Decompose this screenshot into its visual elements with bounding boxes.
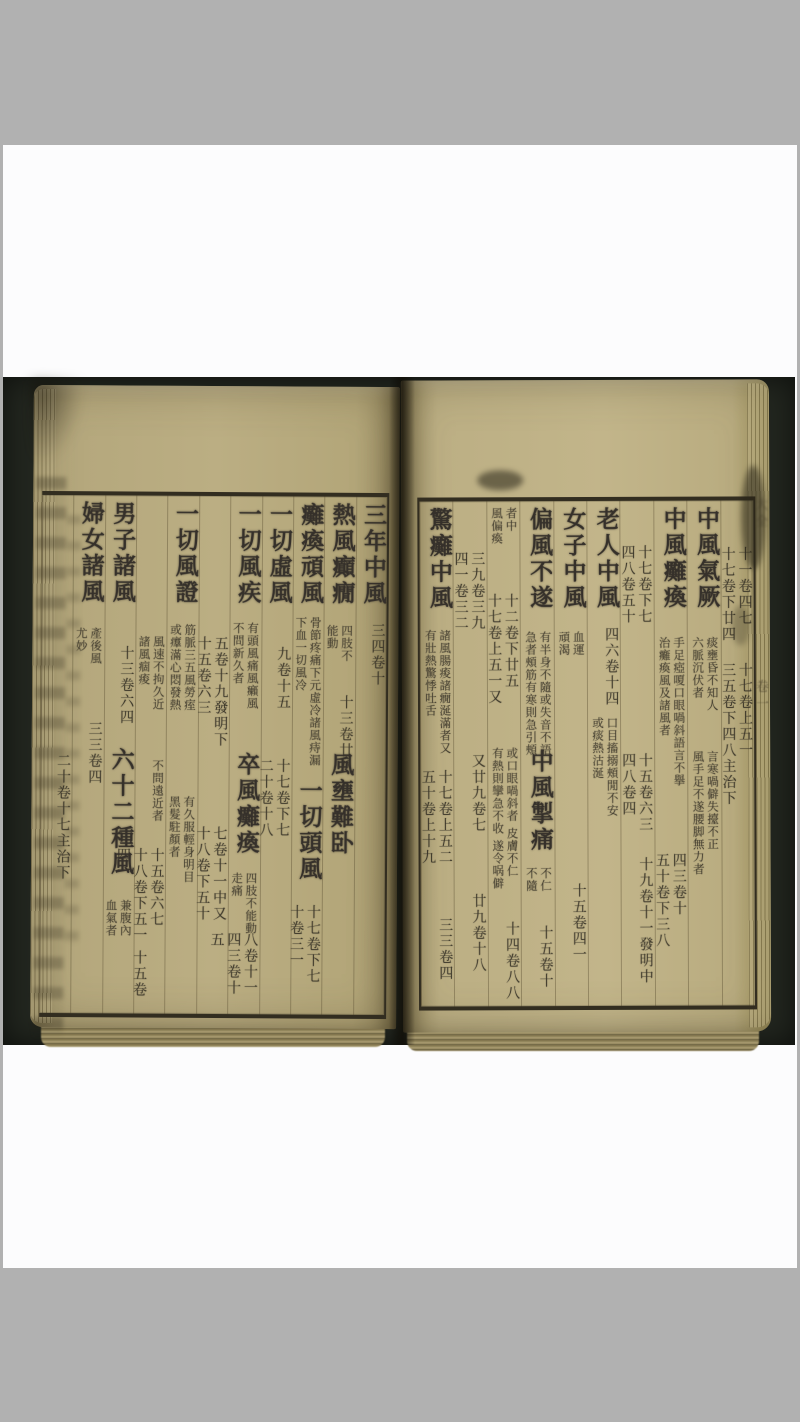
text-column: 中風氣厥痰壅昏不知人 六脈沉伏者言寒喎僻失擡不正 風手足不遂腰脚無力者: [686, 501, 721, 1006]
text-column: 驚癱中風諸風腸痠諸癇涎滿者又 有壯熱驚悸吐舌十七卷上五二 五十卷上十九三三卷四: [419, 501, 454, 1006]
entry-refs: 十七卷下七 十卷三一: [292, 904, 321, 1011]
entry-refs: 十五卷六七 十八卷下五一 十五卷四一: [135, 848, 164, 1011]
entry-refs: 三三卷四: [423, 917, 454, 1003]
text-column: 老人中風四六卷十四口目搐搦頰閒不安 或痰熱沽涎: [586, 501, 621, 1006]
text-column: 一切風疾有頭風痛風癩風 不問新久者卒風癱瘓四肢不能動 走痛八卷十一 四三卷十五: [227, 496, 262, 1014]
text-column: 婦女諸風產後風 尤妙三三卷四: [71, 495, 106, 1013]
right-page-scan: 十一卷四七 十七卷下廿四十七卷上五一 三五卷下四八主治下中風氣厥痰壅昏不知人 六…: [401, 379, 771, 1032]
text-column: 癱瘓頑風骨節疼痛下元虛冷諸風痔漏 下血一切風冷一切頭風十七卷下七 十卷三一: [290, 496, 325, 1014]
entry-refs: 四三卷十 五十卷下三八: [656, 853, 687, 1003]
text-column: 者中 風偏瘓十二卷下廿五 十七卷上五一又或口眼喎斜者 皮膚不仁 有熱則攣急不收 …: [486, 501, 521, 1006]
entry-note: 口目搐搦頰閒不安 或痰熱沽涎: [589, 717, 620, 1003]
right-page-frame: 十一卷四七 十七卷下廿四十七卷上五一 三五卷下四八主治下中風氣厥痰壅昏不知人 六…: [417, 496, 757, 1010]
screenshot-root: 三年中風三四卷十熱風癲癇四肢不 能動十三卷廿八風壅難卧癱瘓頑風骨節疼痛下元虛冷諸…: [0, 0, 800, 1422]
entry-refs: 廿九卷十八: [456, 893, 487, 1003]
book-photo: 三年中風三四卷十熱風癲癇四肢不 能動十三卷廿八風壅難卧癱瘓頑風骨節疼痛下元虛冷諸…: [3, 377, 795, 1045]
text-column: 五卷十九發明下 十五卷六三七卷十一中又 十八卷下五十: [196, 496, 231, 1014]
text-column: 熱風癲癇四肢不 能動十三卷廿八風壅難卧: [321, 497, 356, 1015]
entry-note: 有久服輕身明目 黑髮駐顏者: [167, 796, 197, 1011]
entry-refs: 三四卷十: [355, 623, 386, 1012]
text-column: 一切虛風九卷十五十七卷下七 二十卷十八: [259, 496, 294, 1014]
entry-refs: 十五卷四一: [556, 883, 587, 1003]
entry-refs: 十七卷上五一 三五卷下四八主治下: [722, 662, 754, 1002]
entry-note: 言寒喎僻失擡不正 風手足不遂腰脚無力者: [689, 751, 720, 1003]
text-column: 偏風不遂有半身不隨或失音不語 急者頰筋有寒則急引頰中風掣痛不仁 不隨十五卷十: [519, 501, 554, 1006]
ink-smudge: [732, 605, 750, 645]
text-column: 男子諸風十三卷六四六十二種風兼腹內 血氣者: [102, 495, 137, 1013]
entry-refs: 十七卷下七 二十卷十八: [261, 758, 291, 1011]
ink-smudge: [477, 470, 523, 490]
entry-refs: 三三卷四: [73, 721, 103, 1010]
entry-refs: 二十卷十七主治下: [41, 753, 71, 1010]
entry-note: 兼腹內 血氣者: [104, 899, 133, 1010]
book-spine-gutter: [389, 377, 415, 1045]
volume-label: 卷一: [754, 679, 770, 769]
left-page-scan: 三年中風三四卷十熱風癲癇四肢不 能動十三卷廿八風壅難卧癱瘓頑風骨節疼痛下元虛冷諸…: [30, 385, 400, 1029]
text-column: 中風癱瘓手足瘂嗄口眼喎斜語言不擧 治癱瘓風及諸風者四三卷十 五十卷下三八: [653, 501, 688, 1006]
text-column: 十七卷下七 四八卷五十十五卷六三 四八卷四十九卷十一發明中: [620, 501, 655, 1006]
text-column: 二十卷十七主治下: [39, 495, 74, 1013]
entry-refs: 七卷十一中又 十八卷下五十: [198, 826, 227, 1011]
text-column: 女子中風血運 頑渴十五卷四一: [553, 501, 588, 1006]
text-column: 三年中風三四卷十: [353, 497, 388, 1015]
entry-refs: 十五卷十: [523, 925, 554, 1003]
entry-refs: 十四卷八八: [490, 921, 521, 1003]
page-corner-shadow: [31, 381, 84, 467]
left-page-frame: 三年中風三四卷十熱風癲癇四肢不 能動十三卷廿八風壅難卧癱瘓頑風骨節疼痛下元虛冷諸…: [39, 491, 389, 1019]
text-column: 一切風證筋脈三五風勞痓 或㿏滿心悶發熱有久服輕身明目 黑髮駐顏者: [165, 496, 200, 1014]
entry-heading: 風壅難卧: [323, 753, 353, 1012]
text-column: 風速不拘久近 諸風痼痠不問遠近者十五卷六七 十八卷下五一 十五卷四一: [133, 496, 168, 1014]
ink-smudge: [741, 465, 765, 569]
text-column: 十一卷四七 十七卷下廿四十七卷上五一 三五卷下四八主治下: [720, 500, 755, 1005]
entry-refs: 八卷十一 四三卷十五: [229, 932, 258, 1011]
text-column: 三九卷三九 四一卷三二又廿九卷七廿九卷十八: [453, 501, 488, 1006]
entry-refs: 十九卷十一發明中: [623, 857, 654, 1003]
